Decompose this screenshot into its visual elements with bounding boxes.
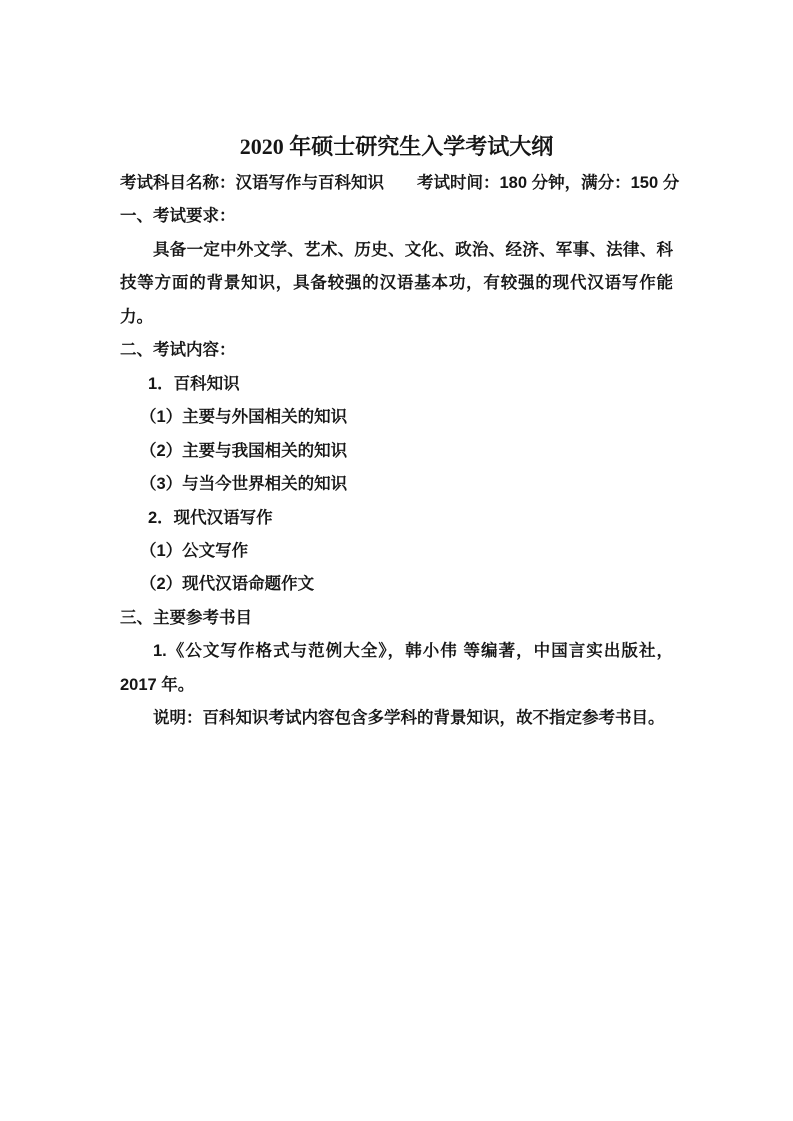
exam-time-score-label: 考试时间：180 分钟，满分：150 分	[417, 167, 679, 200]
exam-meta-line: 考试科目名称：汉语写作与百科知识 考试时间：180 分钟，满分：150 分	[120, 167, 673, 200]
section2-item1-label: 1．百科知识	[120, 368, 673, 401]
section3-reference: 1.《公文写作格式与范例大全》，韩小伟 等编著，中国言实出版社，2017 年。	[120, 635, 673, 702]
section2-item2-subitem: （2）现代汉语命题作文	[120, 568, 673, 601]
section2-item2-subitem: （1）公文写作	[120, 535, 673, 568]
document-content: 2020 年硕士研究生入学考试大纲 考试科目名称：汉语写作与百科知识 考试时间：…	[120, 130, 673, 736]
document-title: 2020 年硕士研究生入学考试大纲	[120, 130, 673, 164]
document-page: 2020 年硕士研究生入学考试大纲 考试科目名称：汉语写作与百科知识 考试时间：…	[0, 0, 793, 1121]
section2-item1-subitem: （1）主要与外国相关的知识	[120, 401, 673, 434]
section2-heading: 二、考试内容：	[120, 334, 673, 367]
section2-item1-subitem: （2）主要与我国相关的知识	[120, 435, 673, 468]
exam-subject-label: 考试科目名称：汉语写作与百科知识	[120, 167, 384, 200]
section3-heading: 三、主要参考书目	[120, 602, 673, 635]
section1-heading: 一、考试要求：	[120, 200, 673, 233]
section3-note: 说明：百科知识考试内容包含多学科的背景知识，故不指定参考书目。	[120, 702, 673, 735]
section2-item2-label: 2．现代汉语写作	[120, 502, 673, 535]
section2-item1-subitem: （3）与当今世界相关的知识	[120, 468, 673, 501]
section1-paragraph: 具备一定中外文学、艺术、历史、文化、政治、经济、军事、法律、科技等方面的背景知识…	[120, 234, 673, 334]
